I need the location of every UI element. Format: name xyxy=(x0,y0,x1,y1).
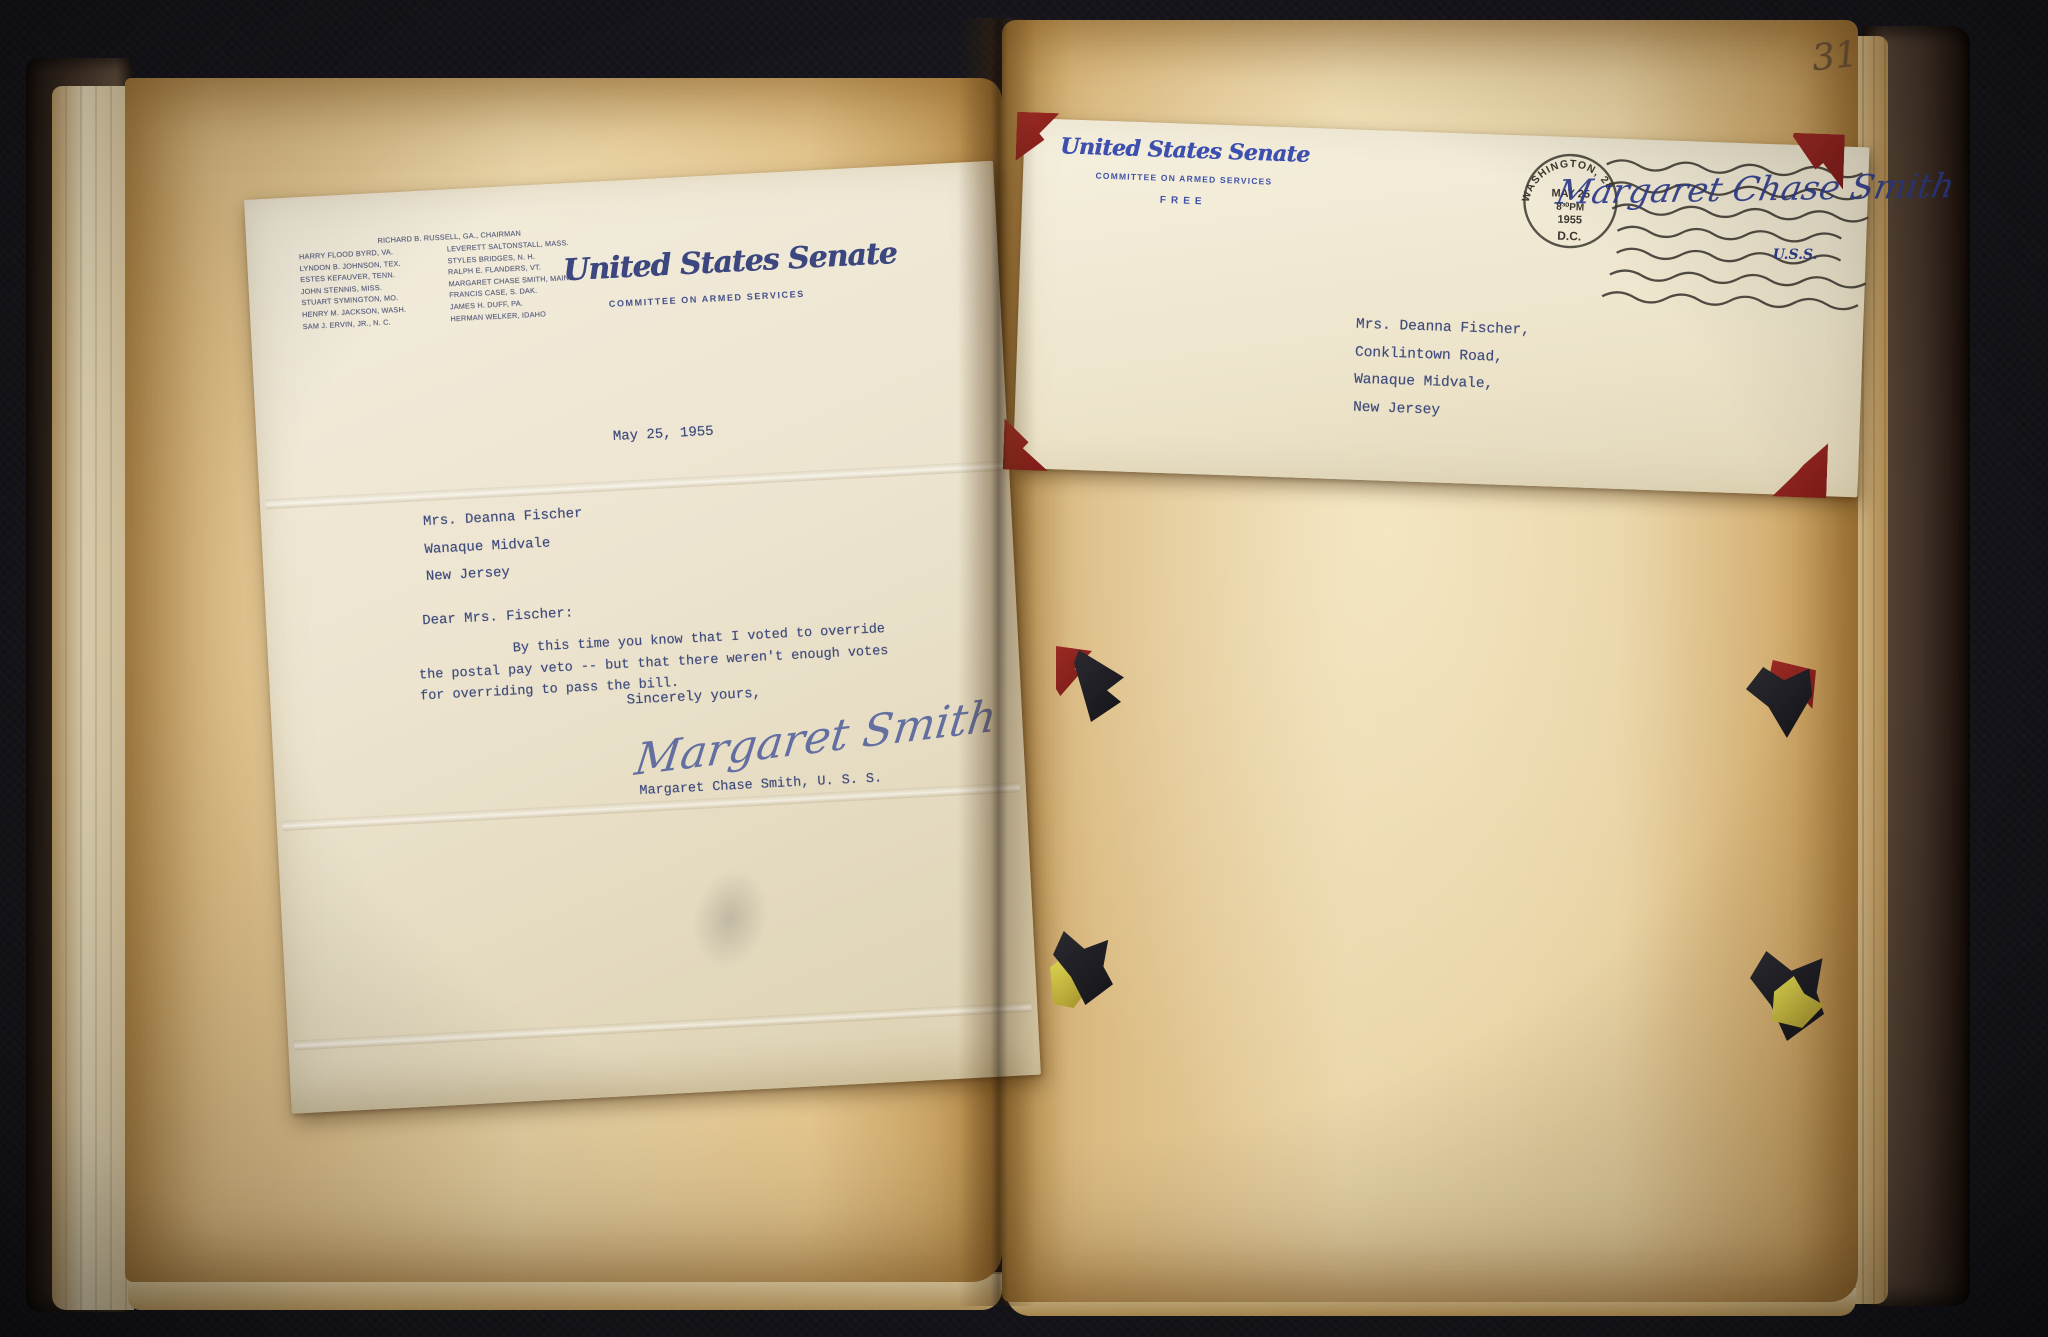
envelope-address-line: New Jersey xyxy=(1353,394,1528,428)
letterhead-senators-left: HARRY FLOOD BYRD, VA. LYNDON B. JOHNSON,… xyxy=(299,246,407,332)
black-corner-piece xyxy=(1074,650,1124,722)
envelope-cancel-signature: Margaret Chase Smith xyxy=(1553,166,1958,212)
photo-corner-mount-bottom-left xyxy=(1040,926,1125,1016)
photo-corner-mount-top-left xyxy=(1052,640,1142,730)
letter-smudge xyxy=(677,855,783,982)
senate-letter: RICHARD B. RUSSELL, GA., CHAIRMAN HARRY … xyxy=(244,161,1041,1114)
envelope-photo-corner-top-left xyxy=(1015,112,1061,164)
envelope-return-title: United States Senate xyxy=(1059,133,1312,168)
letterhead-senators-right: LEVERETT SALTONSTALL, MASS. STYLES BRIDG… xyxy=(447,237,577,325)
letter-date: May 25, 1955 xyxy=(612,424,714,445)
photo-corner-mount-bottom-right xyxy=(1748,946,1838,1046)
postmark-state: D.C. xyxy=(1557,229,1581,244)
page-number-handwritten: 31 xyxy=(1810,34,1860,80)
photo-corner-mount-top-right xyxy=(1744,658,1834,743)
envelope-photo-corner-bottom-right xyxy=(1772,440,1828,498)
senate-envelope: United States Senate COMMITTEE ON ARMED … xyxy=(1013,118,1870,497)
postmark-year: 1955 xyxy=(1557,214,1582,227)
letterhead-title: United States Senate xyxy=(562,239,847,289)
scrapbook-photo: 31 RICHARD B. RUSSELL, GA., CHAIRMAN HAR… xyxy=(0,0,2048,1337)
letterhead-subtitle: COMMITTEE ON ARMED SERVICES xyxy=(565,286,849,311)
envelope-photo-corner-bottom-left xyxy=(1003,417,1051,471)
envelope-address-block: Mrs. Deanna Fischer, Conklintown Road, W… xyxy=(1353,312,1531,428)
letter-fold-crease xyxy=(294,1002,1032,1051)
letter-salutation: Dear Mrs. Fischer: xyxy=(422,605,574,629)
letter-fold-crease xyxy=(266,461,1004,510)
envelope-return-subtitle: COMMITTEE ON ARMED SERVICES xyxy=(1058,169,1310,188)
letter-recipient-block: Mrs. Deanna Fischer Wanaque Midvale New … xyxy=(422,501,586,592)
envelope-frank-free: FREE xyxy=(1057,191,1309,211)
page-stack-left-edge xyxy=(52,86,134,1310)
envelope-cancel-signature-suffix: U.S.S. xyxy=(1773,247,1818,263)
